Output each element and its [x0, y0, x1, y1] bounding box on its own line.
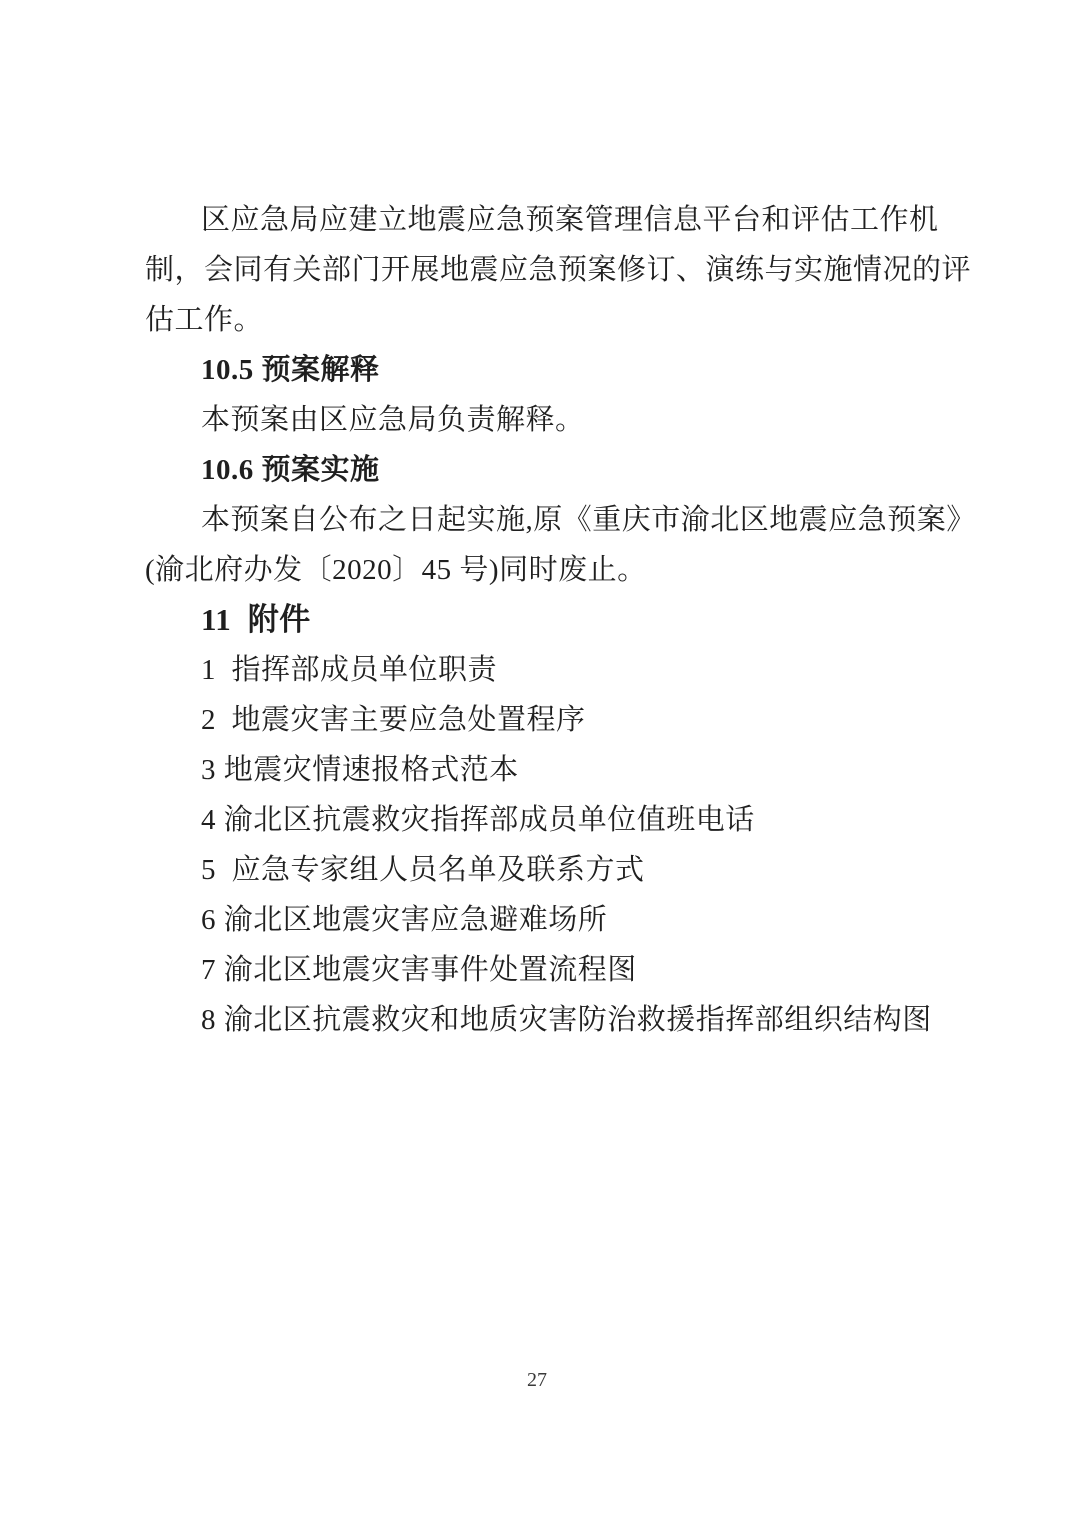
- attachment-item-1: 1 指挥部成员单位职责: [145, 645, 975, 695]
- attachment-item-7: 7 渝北区地震灾害事件处置流程图: [145, 945, 975, 995]
- paragraph-1-line-1: 区应急局应建立地震应急预案管理信息平台和评估工作机: [145, 195, 975, 245]
- attachment-item-8: 8 渝北区抗震救灾和地质灾害防治救援指挥部组织结构图: [145, 995, 975, 1045]
- heading-10-5-plan-interpretation: 10.5 预案解释: [145, 345, 975, 395]
- page-number: 27: [0, 1365, 1074, 1395]
- attachment-item-3: 3 地震灾情速报格式范本: [145, 745, 975, 795]
- document-body: 区应急局应建立地震应急预案管理信息平台和评估工作机 制，会同有关部门开展地震应急…: [145, 195, 975, 1045]
- attachment-item-4: 4 渝北区抗震救灾指挥部成员单位值班电话: [145, 795, 975, 845]
- heading-10-6-plan-implementation: 10.6 预案实施: [145, 445, 975, 495]
- attachment-item-2: 2 地震灾害主要应急处置程序: [145, 695, 975, 745]
- attachment-item-5: 5 应急专家组人员名单及联系方式: [145, 845, 975, 895]
- heading-11-attachments: 11 附件: [145, 595, 975, 645]
- paragraph-1-line-3: 估工作。: [145, 295, 975, 345]
- paragraph-3-line-1: 本预案自公布之日起实施,原《重庆市渝北区地震应急预案》: [145, 495, 975, 545]
- paragraph-1-line-2: 制，会同有关部门开展地震应急预案修订、演练与实施情况的评: [145, 245, 975, 295]
- paragraph-3-line-2: (渝北府办发〔2020〕45 号)同时废止。: [145, 545, 975, 595]
- document-page: 区应急局应建立地震应急预案管理信息平台和评估工作机 制，会同有关部门开展地震应急…: [0, 0, 1074, 1520]
- paragraph-2: 本预案由区应急局负责解释。: [145, 395, 975, 445]
- attachment-item-6: 6 渝北区地震灾害应急避难场所: [145, 895, 975, 945]
